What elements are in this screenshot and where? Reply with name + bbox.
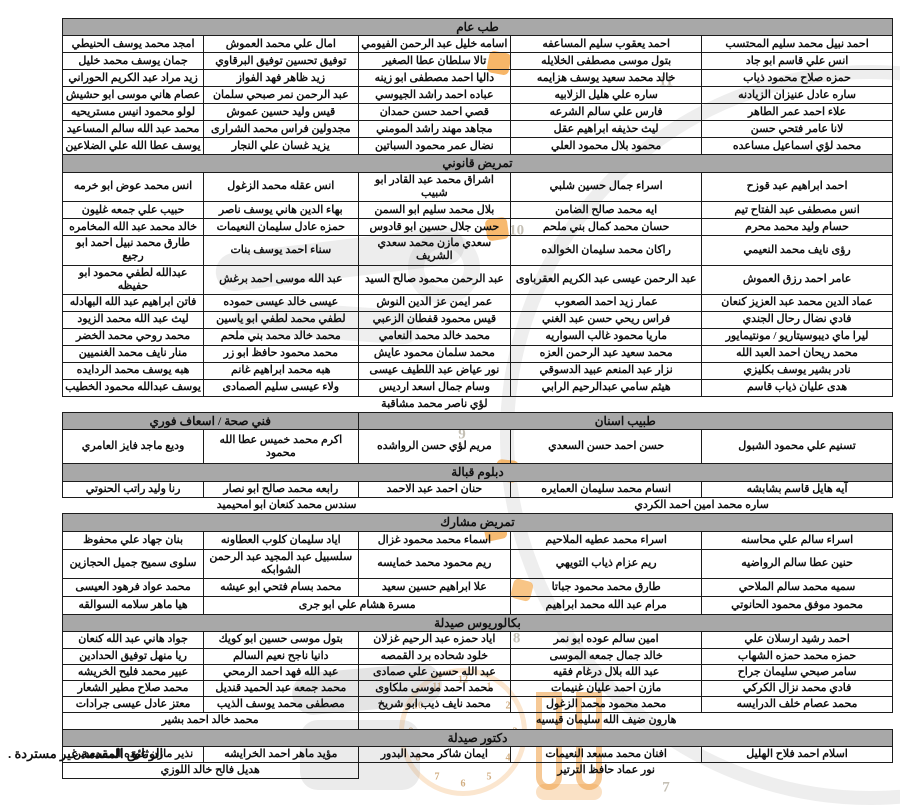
name-cell: عبد الرحمن عيسى عبد الكريم العقرباوى	[511, 265, 702, 294]
name-cell: محمد خالد محمد بني ملحم	[204, 328, 358, 345]
name-cell: مريم لؤي حسن الرواشده	[358, 430, 511, 464]
name-cell: ريم محمود محمد خمايسه	[358, 549, 511, 578]
name-cell: احمد يعقوب سليم المساعفه	[511, 36, 702, 53]
section-header: تمريض مشارك	[63, 514, 893, 531]
name-cell: محمد روحي محمد الخضر	[63, 328, 204, 345]
name-cell: قصي احمد حسن حمدان	[358, 104, 511, 121]
name-cell: اشراق محمد عبد القادر ابو شبيب	[358, 172, 511, 201]
name-cell: هدى عليان ذياب قاسم	[702, 379, 893, 396]
table-row: ليرا ماي ديبوسيتاريو / مونتيمايورماريا م…	[63, 328, 893, 345]
name-cell: حسن جلال حسين ابو قادوس	[358, 219, 511, 236]
name-cell: سلوى سميح جميل الحجازين	[63, 549, 204, 578]
name-cell: جواد هاني عبد الله كنعان	[63, 632, 204, 648]
name-cell: محمد عواد فرهود العيسى	[63, 579, 204, 597]
roster-table: طب عاماحمد نبيل محمد سليم المحتسباحمد يع…	[62, 18, 893, 779]
name-cell: محمد نايف ذيب ابو شريخ	[358, 697, 511, 713]
name-cell: محمد خالد محمد النعامي	[358, 328, 511, 345]
name-cell: علا ابراهيم حسين سعيد	[358, 579, 511, 597]
name-cell: مازن احمد عليان غنيمات	[511, 680, 702, 696]
name-cell: بتول موسى مصطفى الخلايله	[511, 53, 702, 70]
name-cell: نور عماد حافظ الترتير	[511, 763, 702, 779]
table-row: ساره عادل عنيزان الزيادنهساره علي هليل ا…	[63, 87, 893, 104]
name-cell: وسام جمال اسعد ارديس	[358, 379, 511, 396]
name-cell: ليث حذيفه ابراهيم عقل	[511, 121, 702, 138]
name-cell: سعدي مازن محمد سعدي الشريف	[358, 236, 511, 265]
name-cell: ماريا محمود غالب السواريه	[511, 328, 702, 345]
name-cell: نادر بشير يوسف بكليزي	[702, 362, 893, 379]
name-cell: يزيد غسان علي النجار	[204, 138, 358, 155]
name-cell: زيد مراد عبد الكريم الحوراني	[63, 70, 204, 87]
name-cell: بهاء الدين هاني يوسف ناصر	[204, 202, 358, 219]
section-header: طبيب اسنان	[358, 413, 893, 430]
section-header: تمريض قانوني	[63, 155, 893, 172]
name-cell: يوسف عطا الله علي الضلاعين	[63, 138, 204, 155]
empty-cell	[63, 396, 359, 412]
table-row: حسام وليد محمد محرمحسان محمد كمال بني مل…	[63, 219, 893, 236]
table-row: انس مصطفى عبد الفتاح تيمايه محمد صالح ال…	[63, 202, 893, 219]
name-cell: حمزه عادل سليمان النعيمات	[204, 219, 358, 236]
name-cell: بنان جهاد علي محفوظ	[63, 531, 204, 549]
name-cell: خلود شحاده برد القمصه	[358, 648, 511, 664]
table-row: لؤي ناصر محمد مشاقبة	[63, 396, 893, 412]
name-cell: احمد رشيد ارسلان علي	[702, 632, 893, 648]
name-cell: زيد ظاهر فهد الفواز	[204, 70, 358, 87]
name-cell: عبد الله حسين علي صمادى	[358, 664, 511, 680]
name-cell: رنا وليد راتب الحنوتي	[63, 481, 204, 497]
name-cell: محمود بلال محمود العلي	[511, 138, 702, 155]
name-cell: عبد الرحمن محمود صالح السيد	[358, 265, 511, 294]
name-cell: بلال محمد سليم ابو السمن	[358, 202, 511, 219]
name-cell: ايه محمد صالح الضامن	[511, 202, 702, 219]
section-header-row-diblom-qibala: دبلوم قبالة	[63, 464, 893, 481]
name-cell: ريم عزام ذياب التويهي	[511, 549, 702, 578]
name-cell: نزار عبد المنعم عبيد الدسوقي	[511, 362, 702, 379]
name-cell: تالا سلطان عطا الصغير	[358, 53, 511, 70]
name-cell: توفيق تحسين توفيق البرقاوي	[204, 53, 358, 70]
name-cell: امال علي محمد العموش	[204, 36, 358, 53]
name-cell: اياد حمزه عبد الرحيم غزلان	[358, 632, 511, 648]
name-cell: حسن احمد حسن السعدي	[511, 430, 702, 464]
name-cell: هيثم سامي عبدالرحيم الرابي	[511, 379, 702, 396]
name-cell: لطفي محمد لطفي ابو ياسين	[204, 311, 358, 328]
table-row: احمد نبيل محمد سليم المحتسباحمد يعقوب سل…	[63, 36, 893, 53]
name-cell: علاء احمد عمر الطاهر	[702, 104, 893, 121]
name-cell: افنان محمد مسعد النعيمات	[511, 746, 702, 762]
name-cell: محمد محمود محمد الزغول	[511, 697, 702, 713]
name-cell: فادي محمد نزال الكركي	[702, 680, 893, 696]
name-cell: وديع ماجد فايز العامري	[63, 430, 204, 464]
section-header-row-tamreed-qanooni: تمريض قانوني	[63, 155, 893, 172]
table-row: احمد ابراهيم عبد قوزحاسراء جمال حسين شلب…	[63, 172, 893, 201]
name-cell: محمد سلمان محمود عايش	[358, 345, 511, 362]
section-header: دبلوم قبالة	[63, 464, 893, 481]
name-cell: حنين عطا سالم الرواضيه	[702, 549, 893, 578]
name-cell: تسنيم علي محمود الشبول	[702, 430, 893, 464]
name-cell: حسام وليد محمد محرم	[702, 219, 893, 236]
name-cell: اسراء سالم علي محاسنه	[702, 531, 893, 549]
table-row: حمزه صلاح محمود ذيابخالد محمد سعيد يوسف …	[63, 70, 893, 87]
name-cell: ساره عادل عنيزان الزيادنه	[702, 87, 893, 104]
name-cell: رؤى نايف محمد النعيمي	[702, 236, 893, 265]
name-cell: انس عقله محمد الزغول	[204, 172, 358, 201]
name-cell: عمر ايمن عز الدين النوش	[358, 294, 511, 311]
name-cell: احمد ابراهيم عبد قوزح	[702, 172, 893, 201]
name-cell: ليث عبد الله محمد الزيود	[63, 311, 204, 328]
table-row: ساره محمد امين احمد الكرديسندس محمد كنعا…	[63, 498, 893, 514]
name-cell: محمد بسام فتحي ابو عيشه	[204, 579, 358, 597]
name-cell: مجدولين فراس محمد الشرارى	[204, 121, 358, 138]
table-row: سامر صبحي سليمان جراحعبد الله بلال درغام…	[63, 664, 893, 680]
table-row: هارون ضيف الله سليمان قيسيهمحمد خالد احم…	[63, 713, 893, 729]
name-cell: ايمان شاكر محمد البدور	[358, 746, 511, 762]
name-cell: اسراء جمال حسين شلبي	[511, 172, 702, 201]
footer-note: الوثائق المقدمة غير مستردة .	[8, 746, 163, 762]
empty-cell	[358, 713, 511, 729]
section-header: طب عام	[63, 19, 893, 36]
name-cell: محمد عصام خلف الدرايسه	[702, 697, 893, 713]
name-cell: سندس محمد كنعان ابو امحيميد	[63, 498, 511, 514]
name-cell: طارق محمد محمود جباتا	[511, 579, 702, 597]
name-cell: سامر صبحي سليمان جراح	[702, 664, 893, 680]
name-cell: مجاهد مهند راشد المومني	[358, 121, 511, 138]
empty-cell	[702, 713, 893, 729]
name-cell: هبه يوسف محمد الردايده	[63, 362, 204, 379]
name-cell: خالد محمد عبد الله المخامره	[63, 219, 204, 236]
table-row: آيه هايل قاسم بشابشهانسام محمد سليمان ال…	[63, 481, 893, 497]
table-row: نور عماد حافظ الترتيرهديل فالح خالد اللو…	[63, 763, 893, 779]
table-row: سميه محمد سالم الملاحيطارق محمد محمود جب…	[63, 579, 893, 597]
name-cell: فاتن ابراهيم عبد الله البهادله	[63, 294, 204, 311]
table-row: حمزه محمد حمزه الشهابخالد جمال جمعه المو…	[63, 648, 893, 664]
table-row: رؤى نايف محمد النعيميراكان محمد سليمان ا…	[63, 236, 893, 265]
section-header-row-tibb-aam: طب عام	[63, 19, 893, 36]
name-cell: عبير محمد فليح الخريشه	[63, 664, 204, 680]
name-cell: طارق محمد نبيل احمد ابو رجيع	[63, 236, 204, 265]
table-row: اسراء سالم علي محاسنهاسراء محمد عطيه الم…	[63, 531, 893, 549]
section-header-row-bachelor-saydala: بكالوريوس صيدلة	[63, 615, 893, 632]
name-cell: اسلام احمد فلاح الهليل	[702, 746, 893, 762]
name-cell: لانا عامر فتحي حسن	[702, 121, 893, 138]
table-row: اسلام احمد فلاح الهليلافنان محمد مسعد ال…	[63, 746, 893, 762]
table-row: فادي محمد نزال الكركيمازن احمد عليان غني…	[63, 680, 893, 696]
name-cell: سناء احمد يوسف بنات	[204, 236, 358, 265]
roster-table-wrap: طب عاماحمد نبيل محمد سليم المحتسباحمد يع…	[62, 18, 893, 779]
section-header: بكالوريوس صيدلة	[63, 615, 893, 632]
name-cell: عصام هاني موسى ابو حشيش	[63, 87, 204, 104]
clock-number: 7	[662, 780, 670, 797]
table-row: محمد لؤي اسماعيل مساعدهمحمود بلال محمود …	[63, 138, 893, 155]
name-cell: حنان احمد عبد الاحمد	[358, 481, 511, 497]
name-cell: محمود موفق محمود الحانوتي	[702, 597, 893, 615]
clock-number: 6	[461, 779, 466, 790]
name-cell: محمد جمعه عبد الحميد قنديل	[204, 680, 358, 696]
table-row: حنين عطا سالم الرواضيهريم عزام ذياب التو…	[63, 549, 893, 578]
name-cell: انسام محمد سليمان العمايره	[511, 481, 702, 497]
section-header-row-tabeeb-asnan-wa-fanni-sihha: طبيب اسنانفني صحة / اسعاف فوري	[63, 413, 893, 430]
name-cell: عيسى خالد عيسى حموده	[204, 294, 358, 311]
name-cell: عبدالله لطفي محمود ابو حفيظه	[63, 265, 204, 294]
table-row: احمد رشيد ارسلان عليامين سالم عوده ابو ن…	[63, 632, 893, 648]
name-cell: راكان محمد سليمان الخوالده	[511, 236, 702, 265]
table-row: انس علي قاسم ابو جادبتول موسى مصطفى الخل…	[63, 53, 893, 70]
name-cell: اسماء محمد محمود غزال	[358, 531, 511, 549]
name-cell: بتول موسى حسين ابو كويك	[204, 632, 358, 648]
table-row: عماد الدين محمد عبد العزيز كنعانعمار زيد…	[63, 294, 893, 311]
name-cell: مصطفى محمد يوسف الذيب	[204, 697, 358, 713]
name-cell: دانيا ناجح نعيم السالم	[204, 648, 358, 664]
name-cell: ولاء عيسى سليم الصمادى	[204, 379, 358, 396]
name-cell: قيس وليد حسين عموش	[204, 104, 358, 121]
empty-cell	[511, 396, 893, 412]
name-cell: سميه محمد سالم الملاحي	[702, 579, 893, 597]
section-header-row-doctor-saydala: دكتور صيدلة	[63, 729, 893, 746]
name-cell: رابعه محمد صالح ابو نصار	[204, 481, 358, 497]
name-cell: جمان يوسف محمد خليل	[63, 53, 204, 70]
name-cell: ساره محمد امين احمد الكردي	[511, 498, 893, 514]
name-cell: معتز عادل عيسى جرادات	[63, 697, 204, 713]
name-cell: عماد الدين محمد عبد العزيز كنعان	[702, 294, 893, 311]
name-cell: انس علي قاسم ابو جاد	[702, 53, 893, 70]
name-cell: داليا احمد مصطفى ابو زينه	[358, 70, 511, 87]
section-header: دكتور صيدلة	[63, 729, 893, 746]
name-cell: سلسبيل عبد المجيد عبد الرحمن الشوابكه	[204, 549, 358, 578]
name-cell: منار نايف محمد الغنميين	[63, 345, 204, 362]
name-cell: امين سالم عوده ابو نمر	[511, 632, 702, 648]
table-row: لانا عامر فتحي حسنليث حذيفه ابراهيم عقلم…	[63, 121, 893, 138]
name-cell: لولو محمود انيس مستريحيه	[63, 104, 204, 121]
table-row: محمد عصام خلف الدرايسهمحمد محمود محمد ال…	[63, 697, 893, 713]
name-cell: هبه محمد ابراهيم غانم	[204, 362, 358, 379]
table-row: نادر بشير يوسف بكليزينزار عبد المنعم عبي…	[63, 362, 893, 379]
table-row: محمد ريحان احمد العبد اللهمحمد سعيد عبد …	[63, 345, 893, 362]
name-cell: مرام عبد الله محمد ابراهيم	[511, 597, 702, 615]
name-cell: عبد الله موسى احمد برغش	[204, 265, 358, 294]
name-cell: يوسف عبدالله محمود الخطيب	[63, 379, 204, 396]
name-cell: فارس علي سالم الشرعه	[511, 104, 702, 121]
name-cell: عمار زيد احمد الصعوب	[511, 294, 702, 311]
name-cell: نور عياض عبد اللطيف عيسى	[358, 362, 511, 379]
name-cell: ريا منهل توفيق الحدادين	[63, 648, 204, 664]
name-cell: نضال عمر محمود السباتين	[358, 138, 511, 155]
name-cell: خالد جمال جمعه الموسى	[511, 648, 702, 664]
name-cell: محمد محمود حافظ ابو زر	[204, 345, 358, 362]
name-cell: قيس محمود قفطان الزعبي	[358, 311, 511, 328]
name-cell: اسامه خليل عبد الرحمن الفيومي	[358, 36, 511, 53]
name-cell: هيا ماهر سلامه السوالقه	[63, 597, 204, 615]
name-cell: لؤي ناصر محمد مشاقبة	[358, 396, 511, 412]
name-cell: محمد خالد احمد بشير	[63, 713, 359, 729]
empty-cell	[702, 763, 893, 779]
name-cell: عبد الرحمن نمر صبحي سلمان	[204, 87, 358, 104]
empty-cell	[358, 763, 511, 779]
name-cell: مسرة هشام علي ابو جرى	[204, 597, 511, 615]
name-cell: هديل فالح خالد اللوزي	[63, 763, 359, 779]
name-cell: احمد نبيل محمد سليم المحتسب	[702, 36, 893, 53]
name-cell: هارون ضيف الله سليمان قيسيه	[511, 713, 702, 729]
table-row: عامر احمد رزق العموشعبد الرحمن عيسى عبد …	[63, 265, 893, 294]
table-row: هدى عليان ذياب قاسمهيثم سامي عبدالرحيم ا…	[63, 379, 893, 396]
table-row: محمود موفق محمود الحانوتيمرام عبد الله م…	[63, 597, 893, 615]
orange-glyph-shape	[536, 784, 602, 800]
table-row: فادي نضال رحال الجنديفراس ريحي حسن عبد ا…	[63, 311, 893, 328]
name-cell: آيه هايل قاسم بشابشه	[702, 481, 893, 497]
name-cell: ليرا ماي ديبوسيتاريو / مونتيمايور	[702, 328, 893, 345]
name-cell: ساره علي هليل الزلابيه	[511, 87, 702, 104]
table-row: علاء احمد عمر الطاهرفارس علي سالم الشرعه…	[63, 104, 893, 121]
name-cell: محمد ريحان احمد العبد الله	[702, 345, 893, 362]
name-cell: حبيب علي جمعه غليون	[63, 202, 204, 219]
name-cell: امجد محمد يوسف الحنيطي	[63, 36, 204, 53]
name-cell: فراس ريحي حسن عبد الغني	[511, 311, 702, 328]
name-cell: عامر احمد رزق العموش	[702, 265, 893, 294]
name-cell: حمزه محمد حمزه الشهاب	[702, 648, 893, 664]
name-cell: عبد الله فهد احمد الرمحي	[204, 664, 358, 680]
name-cell: حمزه صلاح محمود ذياب	[702, 70, 893, 87]
name-cell: حسان محمد كمال بني ملحم	[511, 219, 702, 236]
name-cell: اياد سليمان كلوب العطاونه	[204, 531, 358, 549]
name-cell: محمد سعيد عبد الرحمن العزه	[511, 345, 702, 362]
name-cell: فادي نضال رحال الجندي	[702, 311, 893, 328]
name-cell: اسراء محمد عطيه الملاحيم	[511, 531, 702, 549]
name-cell: اكرم محمد خميس عطا الله محمود	[204, 430, 358, 464]
name-cell: انس مصطفى عبد الفتاح تيم	[702, 202, 893, 219]
document-page: { "footer": { "note": "الوثائق المقدمة غ…	[0, 0, 900, 807]
name-cell: انس محمد عوض ابو خرمه	[63, 172, 204, 201]
name-cell: محمد احمد موسى ملكاوى	[358, 680, 511, 696]
name-cell: عباده احمد راشد الجيوسي	[358, 87, 511, 104]
name-cell: محمد عبد الله سالم المساعيد	[63, 121, 204, 138]
name-cell: محمد لؤي اسماعيل مساعده	[702, 138, 893, 155]
section-header-row-tamreed-musharik: تمريض مشارك	[63, 514, 893, 531]
section-header: فني صحة / اسعاف فوري	[63, 413, 359, 430]
table-row: تسنيم علي محمود الشبولحسن احمد حسن السعد…	[63, 430, 893, 464]
name-cell: عبد الله بلال درغام فقيه	[511, 664, 702, 680]
name-cell: خالد محمد سعيد يوسف هزايمه	[511, 70, 702, 87]
name-cell: مؤيد ماهر احمد الخرايشه	[204, 746, 358, 762]
name-cell: محمد صلاح مطير الشعار	[63, 680, 204, 696]
